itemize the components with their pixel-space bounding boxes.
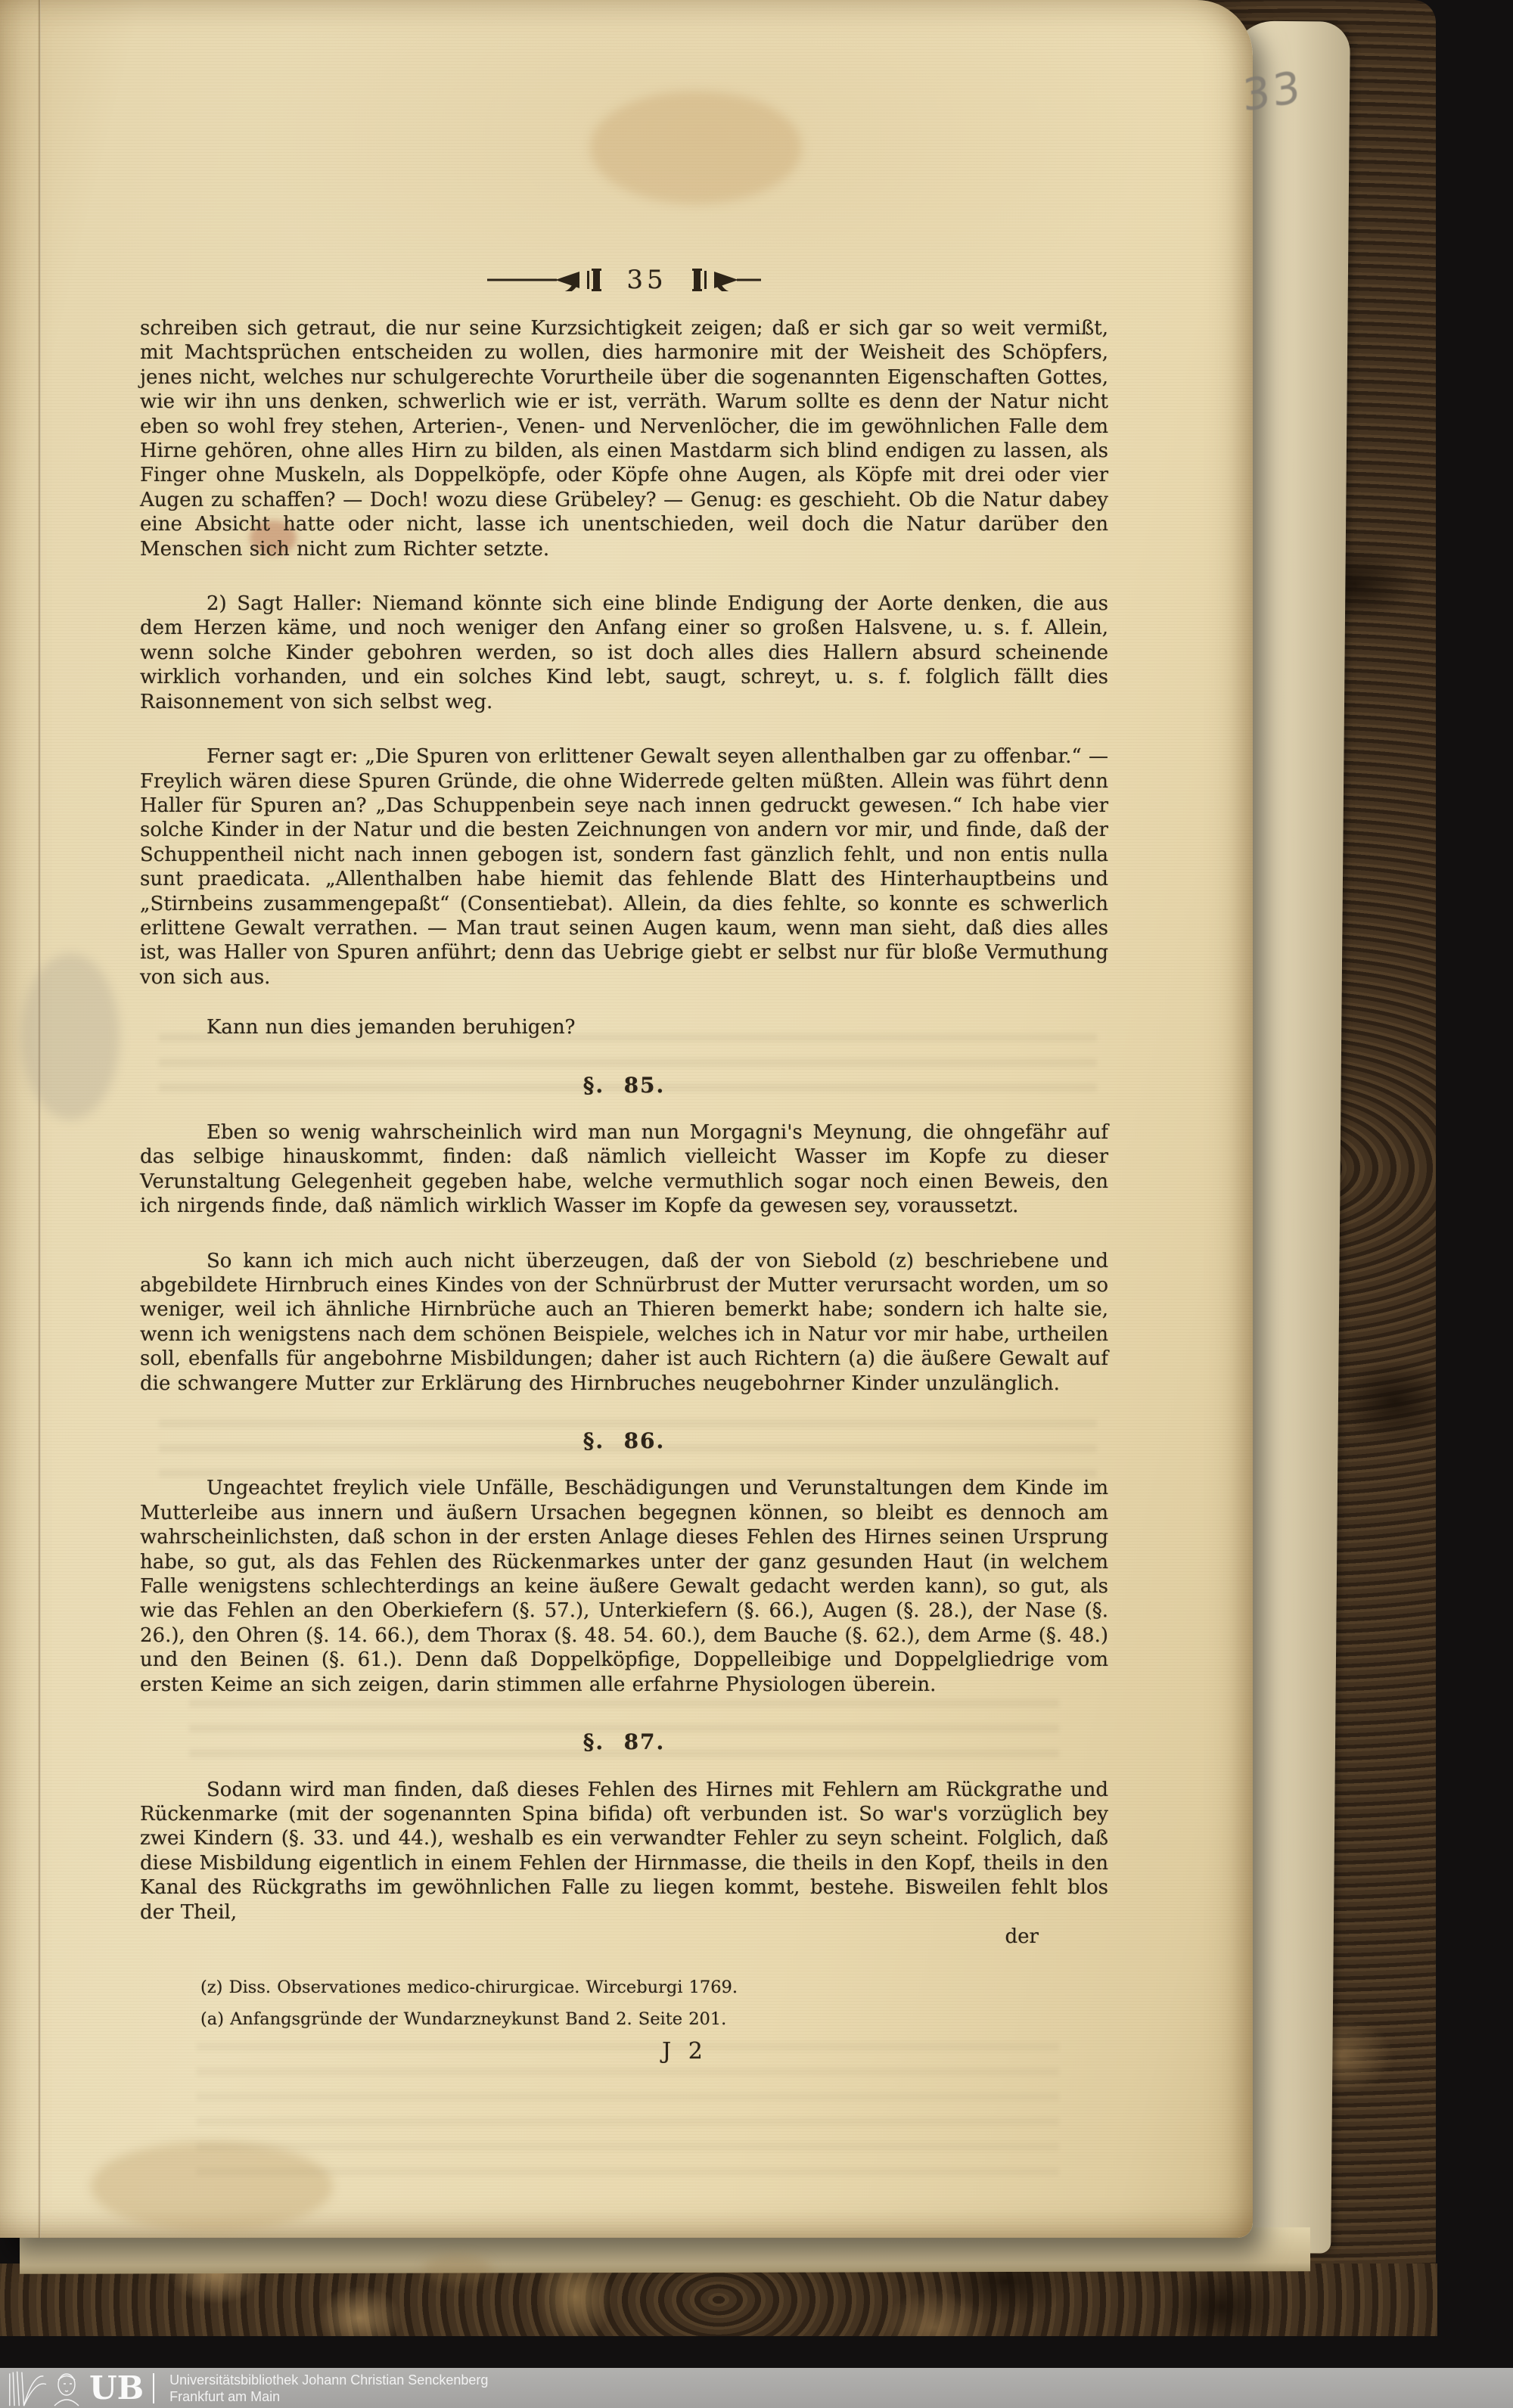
paragraph-haller-argument: 2) Sagt Haller: Niemand könnte sich eine… (140, 592, 1108, 714)
institution-line2: Frankfurt am Main (169, 2388, 488, 2405)
signature-mark: J 2 (140, 2040, 1108, 2064)
page-number: 35 (626, 265, 666, 295)
running-head: 35 (140, 263, 1108, 297)
handwritten-folio-number: 33 (1241, 61, 1303, 122)
paragraph-continuation: schreiben sich getraut, die nur seine Ku… (140, 316, 1108, 561)
footnotes: (z) Diss. Observationes medico-chirurgic… (140, 1976, 1108, 2030)
institution-name: Universitätsbibliothek Johann Christian … (169, 2372, 488, 2405)
paragraph-85-siebold: So kann ich mich auch nicht überzeugen, … (140, 1249, 1108, 1396)
footnote-a: (a) Anfangsgründe der Wundarzneykunst Ba… (200, 2008, 1108, 2030)
library-footer-bar: UB Universitätsbibliothek Johann Christi… (0, 2368, 1513, 2408)
page-body: schreiben sich getraut, die nur seine Ku… (140, 316, 1108, 2065)
ub-logo-text: UB (89, 2368, 144, 2408)
book-fan-icon (5, 2369, 50, 2407)
paragraph-ferner-spuren: Ferner sagt er: „Die Spuren von erlitten… (140, 744, 1108, 990)
paragraph-question: Kann nun dies jemanden beruhigen? (140, 1015, 1108, 1039)
header-flourish-right-icon (678, 269, 761, 291)
institution-line1: Universitätsbibliothek Johann Christian … (169, 2372, 488, 2388)
paper-stain (424, 2254, 492, 2285)
paragraph-86-ungeachtet: Ungeachtet freylich viele Unfälle, Besch… (140, 1476, 1108, 1697)
logo-divider (153, 2373, 154, 2403)
catchword: der (140, 1925, 1108, 1949)
footnote-z: (z) Diss. Observationes medico-chirurgic… (200, 1976, 1108, 1999)
printed-text-block: 35 schreiben sich getraut, die nur seine… (140, 263, 1108, 2065)
gutter-crease (38, 0, 41, 2238)
book-page: 35 schreiben sich getraut, die nur seine… (0, 0, 1253, 2238)
paragraph-85-morgagni: Eben so wenig wahrscheinlich wird man nu… (140, 1120, 1108, 1219)
ub-logo: UB (0, 2368, 169, 2408)
paper-stain (21, 953, 120, 1120)
scanned-book-photo: 35 schreiben sich getraut, die nur seine… (0, 0, 1513, 2408)
senckenberg-portrait-icon (50, 2370, 83, 2406)
section-heading-85: §. 85. (140, 1074, 1108, 1098)
paper-stain (590, 91, 802, 204)
paragraph-87-sodann: Sodann wird man finden, daß dieses Fehle… (140, 1778, 1108, 1925)
header-flourish-left-icon (487, 269, 616, 291)
marbled-binding-bottom (0, 2264, 1437, 2336)
section-heading-86: §. 86. (140, 1429, 1108, 1453)
section-heading-87: §. 87. (140, 1730, 1108, 1754)
